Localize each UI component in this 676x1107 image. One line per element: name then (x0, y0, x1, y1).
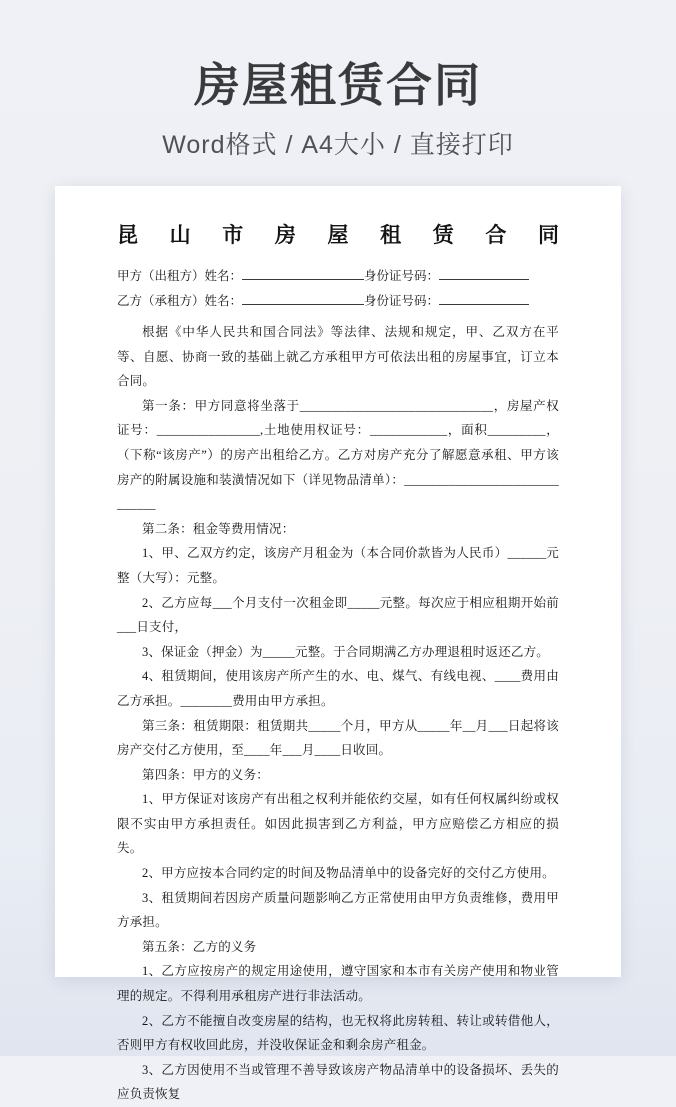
contract-paragraph: 2、乙方不能擅自改变房屋的结构，也无权将此房转租、转让或转借他人，否则甲方有权收… (117, 1009, 559, 1056)
party-a-row: 甲方（出租方）姓名：身份证号码： (117, 264, 559, 289)
contract-paragraph: 2、甲方应按本合同约定的时间及物品清单中的设备完好的交付乙方使用。 (117, 861, 559, 886)
contract-paragraph: 第四条：甲方的义务： (117, 763, 559, 788)
party-a-id-label: 身份证号码： (364, 269, 439, 283)
party-b-name-label: 乙方（承租方）姓名： (117, 294, 242, 308)
contract-paragraph: 第五条：乙方的义务 (117, 935, 559, 960)
contract-paragraph: 根据《中华人民共和国合同法》等法律、法规和规定，甲、乙双方在平等、自愿、协商一致… (117, 320, 559, 394)
contract-paragraph: 3、保证金（押金）为_____元整。于合同期满乙方办理退租时返还乙方。 (117, 640, 559, 665)
party-b-id-label: 身份证号码： (364, 294, 439, 308)
contract-paragraph: 第三条：租赁期限：租赁期共_____个月，甲方从_____年__月___日起将该… (117, 714, 559, 763)
page-subtitle: Word格式 / A4大小 / 直接打印 (0, 125, 676, 161)
promo-header: 房屋租赁合同 Word格式 / A4大小 / 直接打印 (0, 0, 676, 161)
contract-paragraph: 4、租赁期间，使用该房产所产生的水、电、煤气、有线电视、____费用由乙方承担。… (117, 664, 559, 713)
contract-paragraph: 1、甲、乙双方约定，该房产月租金为（本合同价款皆为人民币）______元整（大写… (117, 541, 559, 590)
contract-title: 昆山市房屋租赁合同 (117, 220, 559, 250)
contract-paragraph: 2、乙方应每___个月支付一次租金即_____元整。每次应于相应租期开始前___… (117, 591, 559, 640)
party-a-name-blank (242, 267, 364, 280)
party-b-name-blank (242, 292, 364, 305)
party-a-id-blank (439, 267, 529, 280)
contract-paragraph: 3、租赁期间若因房产质量问题影响乙方正常使用由甲方负责维修，费用甲方承担。 (117, 886, 559, 935)
party-b-id-blank (439, 292, 529, 305)
page-title: 房屋租赁合同 (0, 58, 676, 113)
contract-paragraph: 第一条：甲方同意将坐落于____________________________… (117, 394, 559, 517)
contract-paragraph: 1、乙方应按房产的规定用途使用，遵守国家和本市有关房产使用和物业管理的规定。不得… (117, 959, 559, 1008)
party-a-name-label: 甲方（出租方）姓名： (117, 269, 242, 283)
contract-body: 根据《中华人民共和国合同法》等法律、法规和规定，甲、乙双方在平等、自愿、协商一致… (117, 320, 559, 1056)
contract-paragraph: 1、甲方保证对该房产有出租之权利并能依约交屋，如有任何权属纠纷或权限不实由甲方承… (117, 787, 559, 861)
contract-page: 昆山市房屋租赁合同 甲方（出租方）姓名：身份证号码： 乙方（承租方）姓名：身份证… (55, 186, 621, 977)
contract-paragraph: 第二条：租金等费用情况： (117, 517, 559, 542)
party-b-row: 乙方（承租方）姓名：身份证号码： (117, 289, 559, 314)
